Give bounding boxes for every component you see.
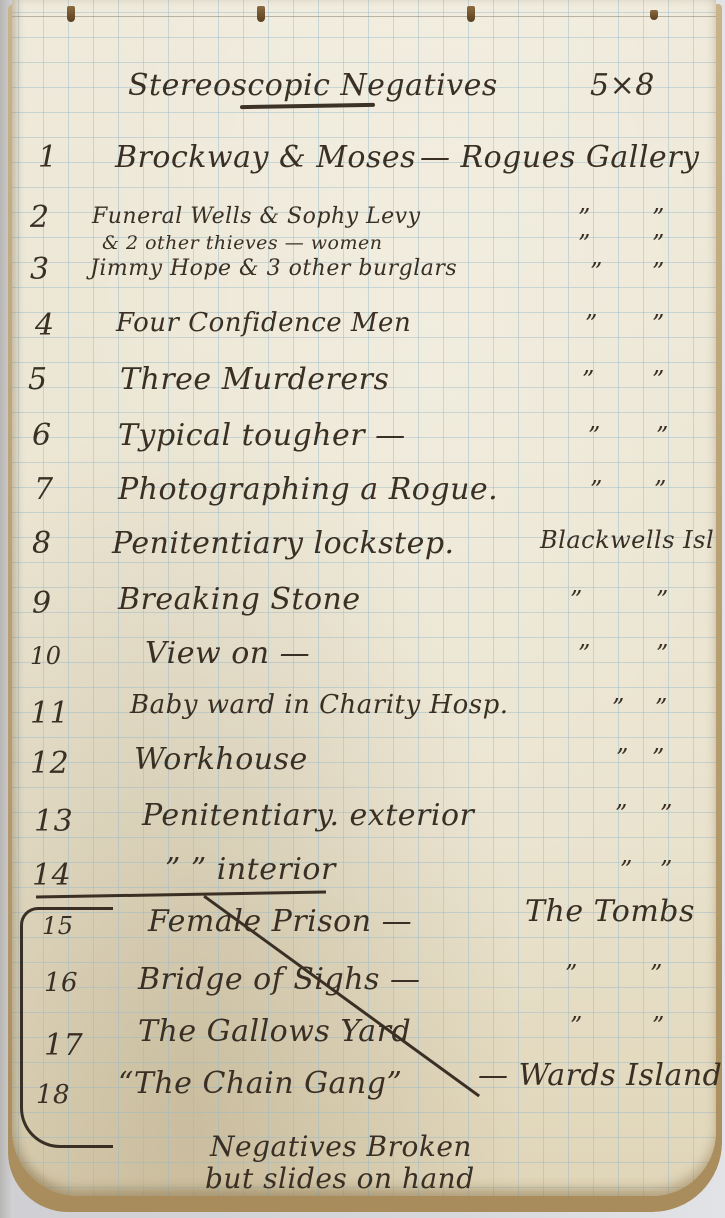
entry-title: Workhouse — [134, 742, 308, 777]
entry-number: 16 — [44, 968, 78, 998]
entry-title: “The Chain Gang” — [118, 1066, 402, 1101]
ditto-mark: ” — [652, 366, 665, 394]
entry-title: Breaking Stone — [118, 582, 361, 617]
ditto-mark: ” — [660, 856, 673, 884]
ditto-mark: ” — [585, 310, 598, 338]
binding-perforation — [257, 6, 265, 22]
entry-number: 18 — [36, 1080, 70, 1110]
entry-location: The Tombs — [525, 894, 695, 929]
ditto-mark: ” — [570, 586, 583, 614]
entry-location: — Rogues Gallery — [420, 140, 699, 175]
entry-number: 9 — [32, 586, 52, 621]
ditto-mark: ” — [660, 800, 673, 828]
binding-perforation — [67, 6, 75, 22]
entry-title: The Gallows Yard — [138, 1014, 411, 1049]
ditto-mark: ” — [656, 640, 669, 668]
entry-number: 12 — [30, 746, 69, 781]
ditto-mark: ” — [652, 1012, 665, 1040]
ditto-mark: ” — [612, 694, 625, 722]
entry-number: 14 — [32, 858, 71, 893]
entry-number: 5 — [28, 362, 48, 397]
ditto-mark: ” — [615, 800, 628, 828]
ditto-mark: ” — [578, 230, 591, 258]
ditto-mark: ” — [652, 310, 665, 338]
ditto-mark: ” — [620, 856, 633, 884]
binding-perforation — [467, 6, 475, 22]
negative-size: 5×8 — [590, 68, 655, 103]
ditto-mark: ” — [650, 960, 663, 988]
entry-title: ” ” interior — [165, 852, 336, 887]
entry-title: Brockway & Moses — [115, 140, 416, 175]
entry-number: 7 — [34, 472, 54, 507]
ditto-mark: ” — [565, 960, 578, 988]
entry-title: Three Murderers — [120, 362, 389, 397]
entry-location: — Wards Island — [478, 1058, 722, 1093]
ditto-mark: ” — [582, 366, 595, 394]
ditto-mark: ” — [570, 1012, 583, 1040]
entry-number: 13 — [34, 804, 73, 839]
scan-background: Stereoscopic Negatives 5×8 1 Brockway & … — [0, 0, 725, 1218]
entry-title-continuation: & 2 other thieves — women — [102, 232, 382, 254]
footnote-line-1: Negatives Broken — [210, 1130, 472, 1163]
entry-title: Typical tougher — — [118, 418, 406, 453]
ditto-mark: ” — [578, 640, 591, 668]
binding-perforation — [650, 10, 658, 20]
entry-title: Bridge of Sighs — — [138, 962, 420, 997]
entry-title: Penitentiary lockstep. — [112, 526, 455, 561]
entry-number: 4 — [35, 308, 55, 343]
entry-number: 2 — [30, 200, 50, 235]
entry-number: 11 — [30, 696, 69, 731]
ditto-mark: ” — [588, 422, 601, 450]
entry-title: Funeral Wells & Sophy Levy — [92, 204, 421, 229]
ditto-mark: ” — [654, 476, 667, 504]
ditto-mark: ” — [652, 204, 665, 232]
ditto-mark: ” — [652, 744, 665, 772]
ditto-mark: ” — [590, 476, 603, 504]
entry-location: Blackwells Isl — [540, 526, 714, 554]
ditto-mark: ” — [656, 586, 669, 614]
ditto-mark: ” — [656, 422, 669, 450]
entry-number: 6 — [32, 418, 52, 453]
entry-number: 1 — [38, 140, 58, 175]
ditto-mark: ” — [652, 258, 665, 286]
ditto-mark: ” — [616, 744, 629, 772]
entry-number: 17 — [44, 1028, 83, 1063]
entry-title: Penitentiary. exterior — [142, 798, 474, 833]
entry-title: View on — — [145, 636, 310, 671]
entry-title: Baby ward in Charity Hosp. — [130, 690, 509, 720]
entry-number: 15 — [42, 912, 74, 940]
ditto-mark: ” — [578, 204, 591, 232]
entry-title: Four Confidence Men — [116, 308, 411, 338]
page-title: Stereoscopic Negatives — [128, 68, 498, 103]
entry-number: 8 — [32, 526, 52, 561]
entry-number: 10 — [30, 642, 62, 670]
entry-title: Female Prison — — [148, 904, 412, 939]
entry-title: Photographing a Rogue. — [118, 472, 498, 507]
ditto-mark: ” — [655, 694, 668, 722]
footnote-line-2: but slides on hand — [205, 1162, 475, 1195]
ditto-mark: ” — [652, 230, 665, 258]
notebook-binding — [12, 0, 716, 17]
entry-number: 3 — [30, 252, 50, 287]
ditto-mark: ” — [590, 258, 603, 286]
entry-title: Jimmy Hope & 3 other burglars — [90, 256, 457, 281]
